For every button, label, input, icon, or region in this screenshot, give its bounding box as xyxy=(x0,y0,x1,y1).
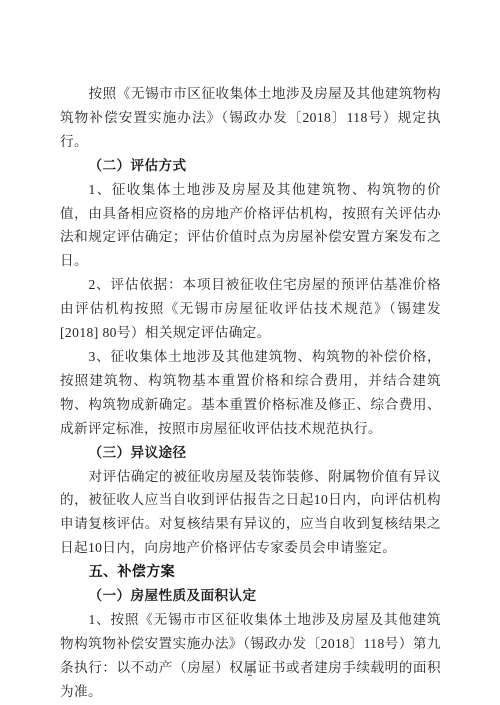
subheading-house-nature-area: （一）房屋性质及面积认定 xyxy=(60,584,441,608)
paragraph-appraisal-item-2: 2、评估依据：本项目被征收住宅房屋的预评估基准价格由评估机构按照《无锡市房屋征收… xyxy=(60,273,441,345)
paragraph-regulation-reference: 按照《无锡市市区征收集体土地涉及房屋及其他建筑物构筑物补偿安置实施办法》（锡政办… xyxy=(60,82,441,154)
heading-compensation-plan: 五、补偿方案 xyxy=(60,560,441,584)
paragraph-area-determination: 1、按照《无锡市市区征收集体土地涉及房屋及其他建筑物构筑物补偿安置实施办法》（锡… xyxy=(60,608,441,704)
paragraph-appraisal-item-1: 1、征收集体土地涉及房屋及其他建筑物、构筑物的价值，由具备相应资格的房地产价格评… xyxy=(60,178,441,274)
page-number: 2 xyxy=(0,668,500,679)
subheading-appraisal-method: （二）评估方式 xyxy=(60,154,441,178)
document-body: 按照《无锡市市区征收集体土地涉及房屋及其他建筑物构筑物补偿安置实施办法》（锡政办… xyxy=(60,82,441,704)
paragraph-objection-procedure: 对评估确定的被征收房屋及装饰装修、附属物价值有异议的，被征收人应当自收到评估报告… xyxy=(60,465,441,561)
paragraph-appraisal-item-3: 3、征收集体土地涉及其他建筑物、构筑物的补偿价格，按照建筑物、构筑物基本重置价格… xyxy=(60,345,441,441)
document-page: 按照《无锡市市区征收集体土地涉及房屋及其他建筑物构筑物补偿安置实施办法》（锡政办… xyxy=(0,0,500,705)
subheading-objection-channel: （三）异议途径 xyxy=(60,441,441,465)
